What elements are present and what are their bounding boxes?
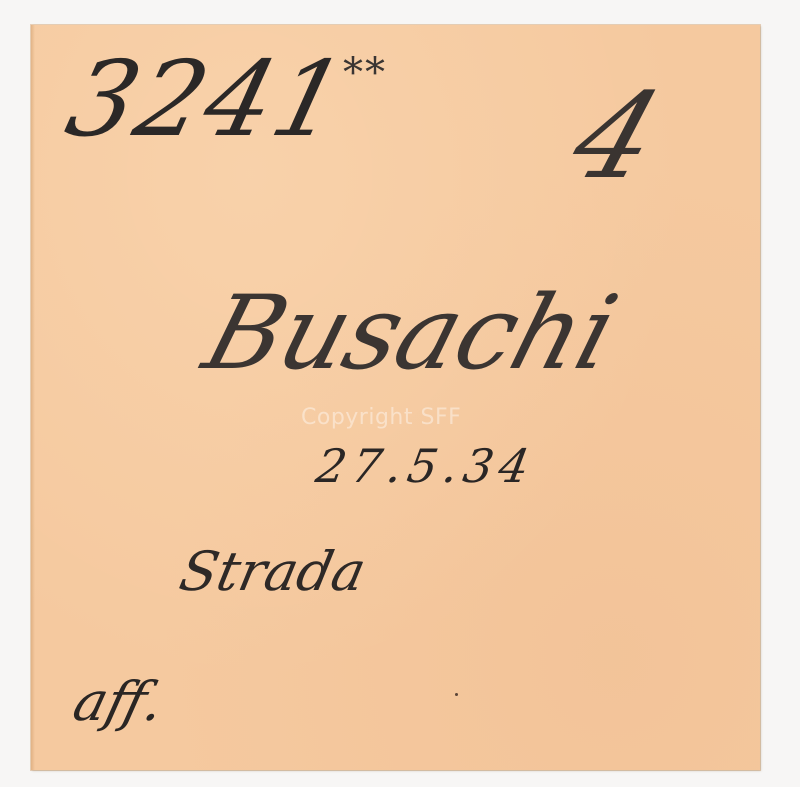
locality-name: Busachi (194, 283, 625, 385)
collector-initials: aff. (68, 675, 169, 729)
lot-number: 4 (560, 77, 673, 195)
catalog-number: 3241 (58, 47, 357, 151)
habitat-note: Strada (175, 545, 370, 599)
paper-fold-edge (31, 25, 35, 770)
copyright-watermark: Copyright SFF (301, 405, 461, 430)
specimen-label-paper: 3241 ** 4 Busachi Copyright SFF 27.5.34 … (31, 25, 760, 770)
collection-date: 27.5.34 (313, 443, 539, 489)
paper-speck (455, 693, 458, 696)
catalog-marks: ** (343, 53, 387, 93)
